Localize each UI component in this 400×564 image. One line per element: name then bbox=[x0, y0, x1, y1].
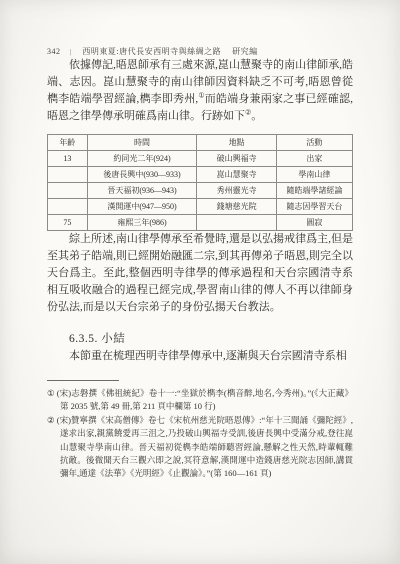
table-header-row: 年齡 時間 地點 活動 bbox=[48, 135, 353, 151]
footnote-1-text: (宋)志磐撰《佛祖統紀》卷十一:“坐獄於檇李(檇音醉,地名,今秀州)。”(《大正… bbox=[57, 388, 353, 411]
table-cell: 圓寂 bbox=[276, 215, 352, 231]
footnote-1: ①(宋)志磐撰《佛祖統紀》卷十一:“坐獄於檇李(檇音醉,地名,今秀州)。”(《大… bbox=[47, 387, 353, 414]
table-row: 後唐長興中(930—933) 崑山慧聚寺 學南山律 bbox=[48, 167, 353, 183]
col-header-activity: 活動 bbox=[276, 135, 352, 151]
page-number: 342 bbox=[47, 47, 61, 56]
book-title: 西明東夏:唐代長安西明寺與絲綢之路 bbox=[82, 46, 221, 57]
footnote-ref-1: ① bbox=[198, 91, 205, 99]
edition-label: 研究編 bbox=[232, 46, 258, 57]
table-cell: 隨志因學習天台 bbox=[276, 199, 352, 215]
table-row: 晉天福初(936—943) 秀州靈光寺 隨皓端學諸經論 bbox=[48, 183, 353, 199]
col-header-time: 時間 bbox=[87, 135, 197, 151]
table-cell: 崑山慧聚寺 bbox=[197, 167, 276, 183]
biography-table: 年齡 時間 地點 活動 13 約同光二年(924) 破山興福寺 出家 bbox=[47, 134, 353, 231]
paragraph-1-text-c: 。 bbox=[251, 110, 262, 122]
table-cell bbox=[48, 199, 88, 215]
table-cell: 秀州靈光寺 bbox=[197, 183, 276, 199]
footnote-separator bbox=[47, 380, 119, 381]
footnote-1-marker: ① bbox=[47, 388, 55, 398]
footnote-2: ②(宋)贊寧撰《宋高僧傳》卷七《宋杭州慈光院晤恩傳》:“年十三聞誦《彌陀經》,遂… bbox=[47, 414, 353, 481]
paragraph-1: 依據傳記,晤恩師承有三處來源,崑山慧聚寺的南山律師承,皓端、志因。崑山慧聚寺的南… bbox=[47, 57, 353, 125]
table-row: 漢開運中(947—950) 錢塘慈光院 隨志因學習天台 bbox=[48, 199, 353, 215]
footnote-2-text: (宋)贊寧撰《宋高僧傳》卷七《宋杭州慈光院晤恩傳》:“年十三聞誦《彌陀經》,遂求… bbox=[57, 415, 353, 479]
table-cell: 隨皓端學諸經論 bbox=[276, 183, 352, 199]
book-page: 342 | 西明東夏:唐代長安西明寺與絲綢之路 研究編 依據傳記,晤恩師承有三處… bbox=[0, 0, 400, 564]
body-text: 依據傳記,晤恩師承有三處來源,崑山慧聚寺的南山律師承,皓端、志因。崑山慧聚寺的南… bbox=[47, 57, 353, 481]
section-heading: 6.3.5. 小結 bbox=[47, 331, 353, 348]
table-cell: 破山興福寺 bbox=[197, 151, 276, 167]
table-cell: 75 bbox=[48, 215, 88, 231]
table-cell: 約同光二年(924) bbox=[87, 151, 197, 167]
table-cell bbox=[48, 183, 88, 199]
col-header-place: 地點 bbox=[197, 135, 276, 151]
footnote-2-marker: ② bbox=[47, 415, 55, 425]
table-cell: 漢開運中(947—950) bbox=[87, 199, 197, 215]
table-cell: 雍熙三年(986) bbox=[87, 215, 197, 231]
running-header: 342 | 西明東夏:唐代長安西明寺與絲綢之路 研究編 bbox=[47, 46, 353, 57]
table-cell bbox=[48, 167, 88, 183]
footnotes: ①(宋)志磐撰《佛祖統紀》卷十一:“坐獄於檇李(檇音醉,地名,今秀州)。”(《大… bbox=[47, 387, 353, 481]
table-row: 13 約同光二年(924) 破山興福寺 出家 bbox=[48, 151, 353, 167]
table-cell: 學南山律 bbox=[276, 167, 352, 183]
page-content: 342 | 西明東夏:唐代長安西明寺與絲綢之路 研究編 依據傳記,晤恩師承有三處… bbox=[47, 46, 353, 481]
col-header-age: 年齡 bbox=[48, 135, 88, 151]
table-cell: 13 bbox=[48, 151, 88, 167]
header-divider: | bbox=[70, 48, 72, 56]
table-cell: 錢塘慈光院 bbox=[197, 199, 276, 215]
table-cell: 後唐長興中(930—933) bbox=[87, 167, 197, 183]
table-cell: 出家 bbox=[276, 151, 352, 167]
paragraph-3: 本節重在梳理西明寺律學傳承中,逐漸與天台宗國清寺系相 bbox=[47, 348, 353, 365]
table-cell: 晉天福初(936—943) bbox=[87, 183, 197, 199]
paragraph-2: 綜上所述,南山律學傳承至希覺時,還是以弘揚戒律爲主,但是至其弟子皓端,則已經開始… bbox=[47, 231, 353, 316]
table-cell bbox=[197, 215, 276, 231]
table-row: 75 雍熙三年(986) 圓寂 bbox=[48, 215, 353, 231]
